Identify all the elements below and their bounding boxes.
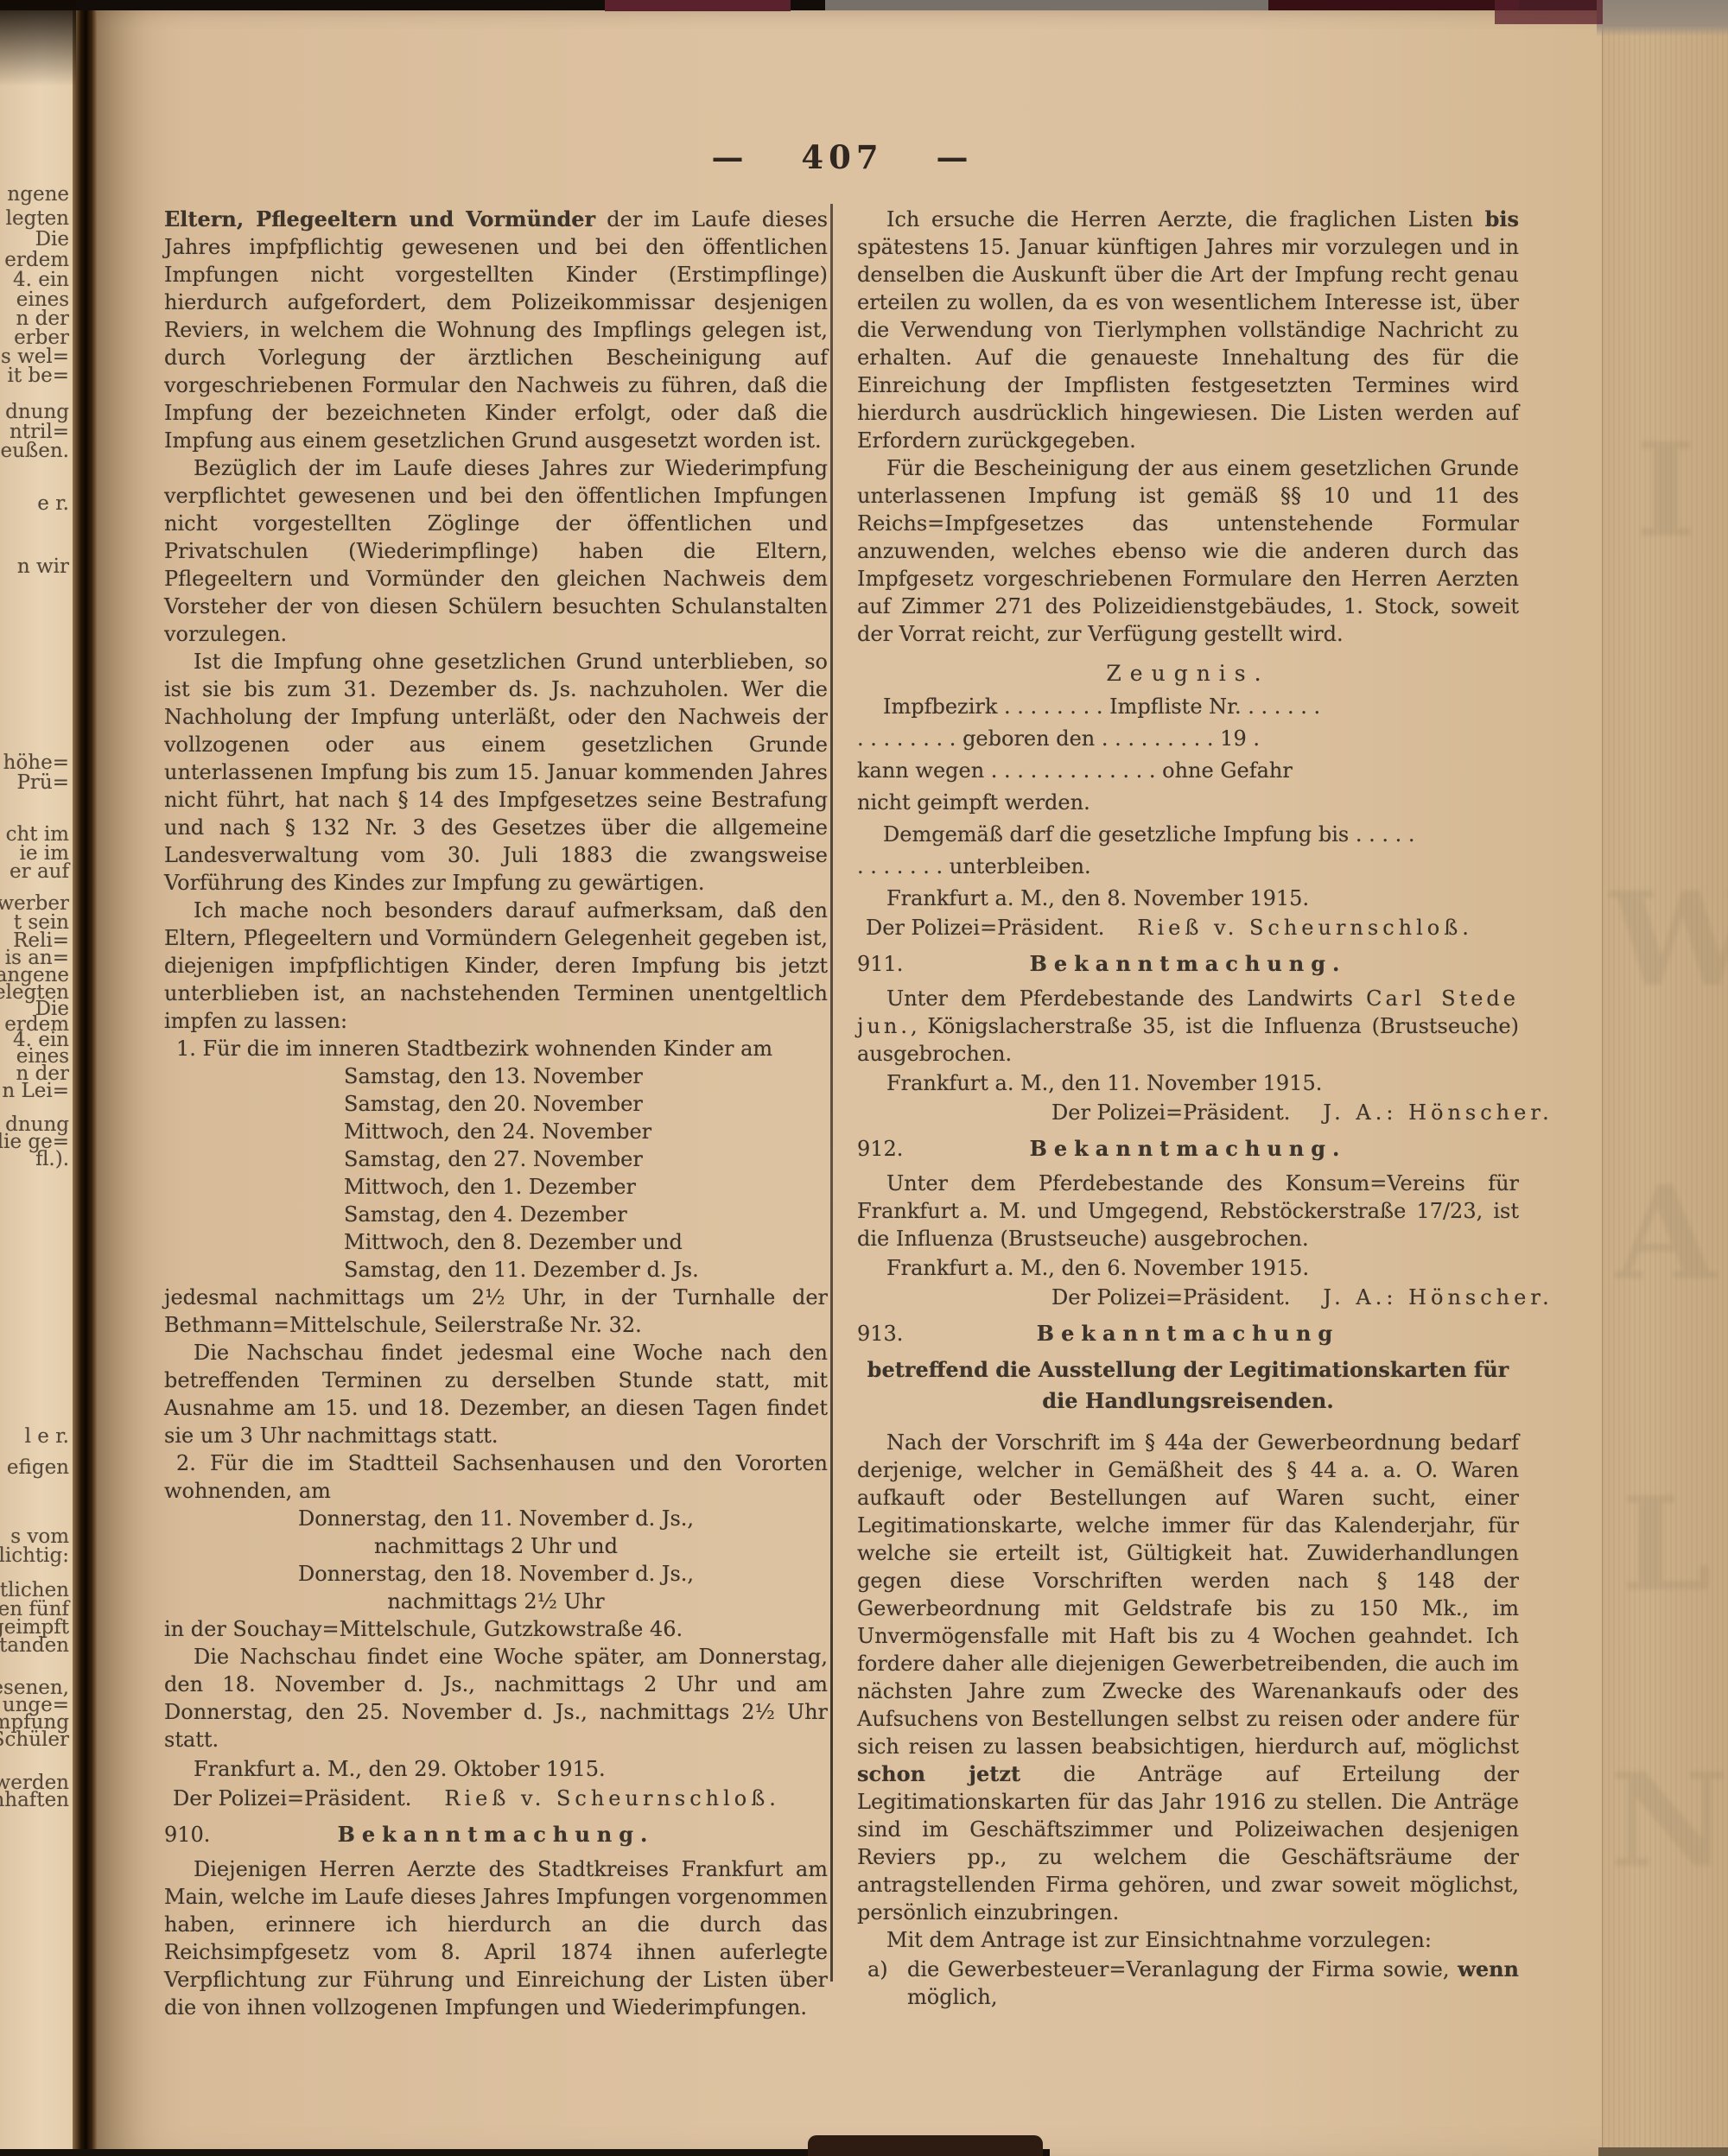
scan-edge-top-red [605, 0, 791, 11]
margin-text-fragment: nhaften [0, 1789, 69, 1811]
signature-name: J. A.: Hönscher. [1323, 1284, 1553, 1311]
paragraph-legitimation-cards: Nach der Vorschrift im § 44a der Gewerbe… [857, 1429, 1519, 1926]
bold-word: wenn [1458, 1956, 1519, 1982]
paragraph-attachments-intro: Mit dem Antrage ist zur Einsichtnahme vo… [857, 1926, 1519, 1954]
date-line: Samstag, den 4. Dezember [344, 1201, 828, 1228]
paragraph-body: spätestens 15. Januar künftigen Jahres m… [857, 235, 1519, 453]
paragraph-certificate-form: Für die Bescheinigung der aus einem gese… [857, 454, 1519, 648]
paragraph-influenza-stede: Unter dem Pferdebestande des Landwirts C… [857, 985, 1519, 1068]
form-line: . . . . . . . unterbleiben. [857, 851, 1519, 883]
dates-city-outro: jedesmal nachmittags um 2½ Uhr, in der T… [164, 1284, 828, 1339]
signature-name: J. A.: Hönscher. [1323, 1099, 1553, 1126]
margin-text-fragment: eußen. [0, 440, 69, 462]
date-line: Mittwoch, den 24. November [344, 1118, 828, 1145]
notice-title: Bekanntmachung [939, 1320, 1519, 1347]
margin-text-fragment: it be= [7, 365, 69, 387]
book-gutter-shadow [73, 0, 97, 2156]
margin-text-fragment: n wir [17, 555, 69, 578]
date-line: Samstag, den 20. November [344, 1090, 828, 1118]
notice-number: 911. [857, 950, 939, 978]
notice-911-heading: 911. Bekanntmachung. [857, 950, 1519, 978]
paragraph-body: die Anträge auf Erteilung der Legitimati… [857, 1762, 1519, 1925]
notice-title: Bekanntmachung. [939, 950, 1519, 978]
scan-edge-top-gray [825, 0, 1270, 10]
paragraph-revaccination: Bezüglich der im Laufe dieses Jahres zur… [164, 454, 828, 648]
show-through-mark: N [1610, 1745, 1722, 1897]
date-line: nachmittags 2½ Uhr [164, 1588, 828, 1615]
vaccination-dates-sachsenhausen: Donnerstag, den 11. November d. Js.,nach… [164, 1505, 828, 1615]
paragraph-nachschau-sachsenhausen: Die Nachschau findet eine Woche später, … [164, 1643, 828, 1753]
vaccination-dates-city: Samstag, den 13. NovemberSamstag, den 20… [344, 1062, 828, 1284]
signature-role: Der Polizei=Präsident. [164, 1785, 411, 1812]
form-line: nicht geimpft werden. [857, 787, 1519, 819]
signature-block: Der Polizei=Präsident. Rieß v. Scheurnsc… [164, 1785, 828, 1812]
paragraph-lead: Eltern, Pflegeeltern und Vormünder [164, 206, 595, 231]
left-column: Eltern, Pflegeeltern und Vormünder der i… [164, 206, 828, 2021]
paragraph-nachschau-city: Die Nachschau findet jedesmal eine Woche… [164, 1339, 828, 1449]
notice-912-heading: 912. Bekanntmachung. [857, 1135, 1519, 1163]
signature-block: Der Polizei=Präsident. Rieß v. Scheurnsc… [857, 914, 1519, 942]
scan-corner-top-right [1597, 0, 1728, 36]
paragraph-body: Unter dem Pferdebestande des Landwirts [886, 986, 1366, 1011]
facing-page-edge: ngenelegtenDieerdem4. eineinesn dererber… [0, 0, 76, 2156]
margin-text-fragment: n Lei= [2, 1080, 69, 1102]
show-through-mark: L [1610, 1468, 1722, 1620]
notice-913-heading: 913. Bekanntmachung [857, 1320, 1519, 1347]
dates-sachsenhausen-outro: in der Souchay=Mittelschule, Gutzkowstra… [164, 1615, 828, 1643]
scan-edge-bottom-right [1598, 2147, 1728, 2156]
margin-text-fragment: efigen [7, 1456, 69, 1479]
notice-913-subtitle: betreffend die Ausstellung der Legitimat… [857, 1354, 1519, 1417]
notice-title: Bekanntmachung. [939, 1135, 1519, 1163]
dateline-nov6: Frankfurt a. M., den 6. November 1915. [857, 1254, 1519, 1282]
list-item-1-intro: 1. Für die im inneren Stadtbezirk wohnen… [164, 1035, 828, 1062]
margin-text-fragment: legten [6, 207, 69, 230]
paragraph-deadline: Ist die Impfung ohne gesetzlichen Grund … [164, 648, 828, 897]
bold-phrase: schon jetzt [857, 1761, 1020, 1786]
form-line: kann wegen . . . . . . . . . . . . . ohn… [857, 755, 1519, 787]
paragraph-free-vaccination: Ich mache noch besonders darauf aufmerks… [164, 897, 828, 1035]
paragraph-body: Nach der Vorschrift im § 44a der Gewerbe… [857, 1430, 1519, 1759]
paragraph-influenza-konsum: Unter dem Pferdebestande des Konsum=Vere… [857, 1170, 1519, 1252]
page-number: — 407 — [527, 138, 1158, 176]
margin-text-fragment: ngene [7, 183, 69, 206]
paragraph-body: , Königslacherstraße 35, ist die Influen… [857, 1014, 1519, 1066]
margin-text-fragment: flichtig: [0, 1544, 69, 1567]
list-item-2-intro: 2. Für die im Stadtteil Sachsenhausen un… [164, 1449, 828, 1505]
scan-corner-top-right-red [1495, 0, 1603, 24]
zeugnis-form-lines: Impfbezirk . . . . . . . . Impfliste Nr.… [857, 691, 1519, 883]
bold-word: bis [1485, 206, 1519, 231]
paragraph-vaccination-duty: Eltern, Pflegeeltern und Vormünder der i… [164, 206, 828, 454]
column-divider-rule [830, 204, 833, 1982]
signature-role: Der Polizei=Präsident. [1043, 1284, 1290, 1311]
notice-title: Bekanntmachung. [246, 1821, 828, 1848]
paragraph-body: die Gewerbesteuer=Veranlagung der Firma … [907, 1957, 1458, 1982]
list-item-a-label: a) [857, 1956, 907, 2011]
paragraph-list-submission: Ich ersuche die Herren Aerzte, die fragl… [857, 206, 1519, 454]
margin-text-fragment: Die [35, 228, 69, 250]
date-line: Donnerstag, den 18. November d. Js., [164, 1560, 828, 1588]
list-item-a: a) die Gewerbesteuer=Veranlagung der Fir… [857, 1956, 1519, 2011]
dateline-oct29: Frankfurt a. M., den 29. Oktober 1915. [164, 1755, 828, 1783]
scan-edge-top-maroon [1268, 0, 1519, 10]
dateline-nov8: Frankfurt a. M., den 8. November 1915. [857, 885, 1519, 912]
form-line: Impfbezirk . . . . . . . . Impfliste Nr.… [857, 691, 1519, 723]
show-through-mark: W [1610, 864, 1722, 1016]
signature-role: Der Polizei=Präsident. [857, 914, 1104, 942]
signature-block: Der Polizei=Präsident. J. A.: Hönscher. [857, 1284, 1519, 1311]
paragraph-body: Ich ersuche die Herren Aerzte, die fragl… [886, 207, 1485, 231]
margin-text-fragment: Schüler [0, 1728, 69, 1751]
scanned-gazette-page: ngenelegtenDieerdem4. eineinesn dererber… [0, 0, 1728, 2156]
show-through-mark: I [1610, 415, 1722, 567]
date-line: Samstag, den 13. November [344, 1062, 828, 1090]
margin-text-fragment: standen [0, 1634, 69, 1657]
date-line: nachmittags 2 Uhr und [164, 1532, 828, 1560]
margin-text-fragment: fl.). [35, 1148, 69, 1170]
dateline-nov11: Frankfurt a. M., den 11. November 1915. [857, 1069, 1519, 1097]
date-line: Donnerstag, den 11. November d. Js., [164, 1505, 828, 1532]
date-line: Mittwoch, den 8. Dezember und [344, 1228, 828, 1256]
paragraph-body: möglich, [907, 1985, 997, 2009]
signature-role: Der Polizei=Präsident. [1043, 1099, 1290, 1126]
signature-name: Rieß v. Scheurnschloß. [444, 1785, 780, 1812]
margin-text-fragment: er auf [10, 860, 69, 883]
notice-910-heading: 910. Bekanntmachung. [164, 1821, 828, 1848]
form-line: . . . . . . . . geboren den . . . . . . … [857, 723, 1519, 755]
paragraph-doctor-lists: Diejenigen Herren Aerzte des Stadtkreise… [164, 1855, 828, 2021]
date-line: Samstag, den 27. November [344, 1145, 828, 1173]
right-column: Ich ersuche die Herren Aerzte, die fragl… [857, 206, 1519, 2011]
signature-name: Rieß v. Scheurnschloß. [1137, 914, 1473, 942]
notice-number: 910. [164, 1821, 246, 1848]
date-line: Samstag, den 11. Dezember d. Js. [344, 1256, 828, 1284]
form-line: Demgemäß darf die gesetzliche Impfung bi… [857, 819, 1519, 851]
date-line: Mittwoch, den 1. Dezember [344, 1173, 828, 1201]
notice-number: 912. [857, 1135, 939, 1163]
show-through-mark: A [1610, 1157, 1722, 1309]
list-item-a-body: die Gewerbesteuer=Veranlagung der Firma … [907, 1956, 1519, 2011]
margin-text-fragment: Prü= [16, 771, 69, 794]
paragraph-body: der im Laufe dieses Jahres impfpflichtig… [164, 207, 828, 453]
scan-edge-bottom-patch [808, 2135, 1043, 2156]
notice-number: 913. [857, 1320, 939, 1347]
margin-text-fragment: l e r. [25, 1425, 69, 1448]
scan-corner-top-left [0, 0, 76, 86]
margin-text-fragment: e r. [37, 492, 69, 515]
signature-block: Der Polizei=Präsident. J. A.: Hönscher. [857, 1099, 1519, 1126]
zeugnis-heading: Zeugnis. [857, 660, 1519, 688]
book-edge-strip: IWALN [1602, 0, 1728, 2156]
